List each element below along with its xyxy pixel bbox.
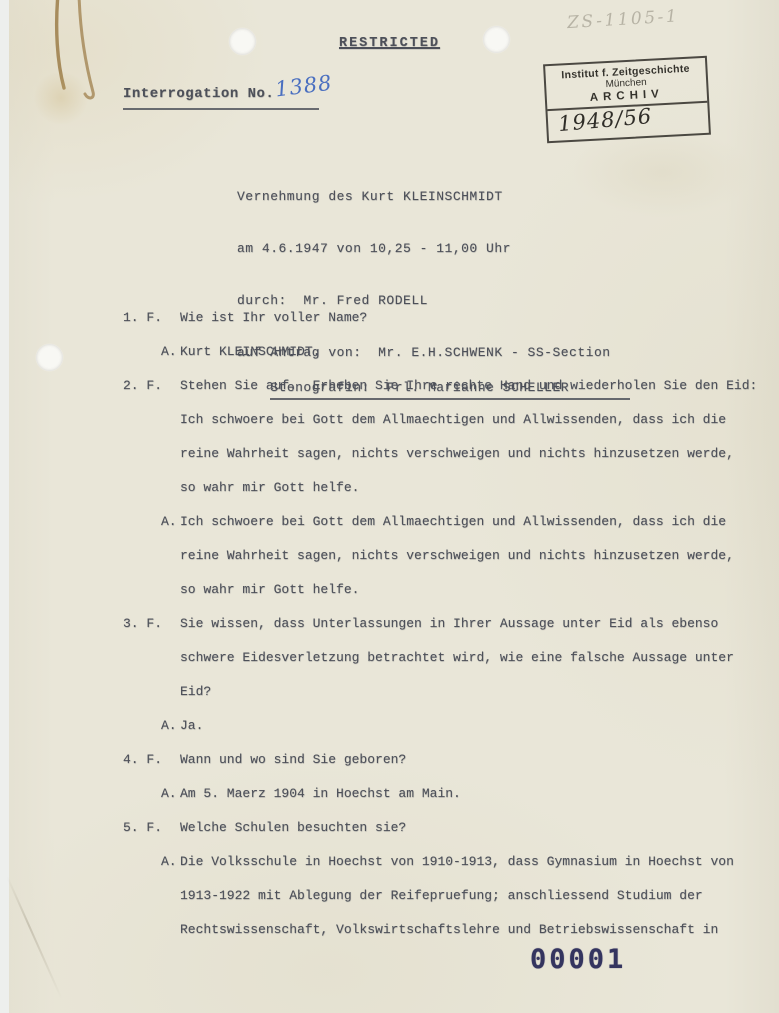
qa-text: Rechtswissenschaft, Volkswirtschaftslehr… xyxy=(180,913,775,947)
qa-text: Wann und wo sind Sie geboren? xyxy=(180,743,775,777)
qa-text: Die Volksschule in Hoechst von 1910-1913… xyxy=(180,845,775,879)
qa-text: schwere Eidesverletzung betrachtet wird,… xyxy=(180,641,775,675)
qa-label xyxy=(123,879,180,913)
qa-text: Eid? xyxy=(180,675,775,709)
interrogation-label: Interrogation No. xyxy=(123,86,274,102)
qa-line: 3. F.Sie wissen, dass Unterlassungen in … xyxy=(123,607,775,641)
qa-text: Stehen Sie auf. Erheben Sie Ihre rechte … xyxy=(180,369,775,403)
qa-label xyxy=(123,675,180,709)
qa-line: A.Kurt KLEINSCHMIDT. xyxy=(123,335,775,369)
header-line: am 4.6.1947 von 10,25 - 11,00 Uhr xyxy=(237,240,630,257)
qa-text: Welche Schulen besuchten sie? xyxy=(180,811,775,845)
qa-label xyxy=(123,437,180,471)
qa-text: Ich schwoere bei Gott dem Allmaechtigen … xyxy=(180,505,775,539)
qa-label: 5. F. xyxy=(123,811,180,845)
qa-line: A.Ich schwoere bei Gott dem Allmaechtige… xyxy=(123,505,775,539)
qa-label: A. xyxy=(123,777,180,811)
qa-label xyxy=(123,913,180,947)
qa-label: 2. F. xyxy=(123,369,180,403)
qa-label xyxy=(123,573,180,607)
paper-crease xyxy=(6,876,62,999)
qa-line: 5. F.Welche Schulen besuchten sie? xyxy=(123,811,775,845)
qa-line: 1. F.Wie ist Ihr voller Name? xyxy=(123,301,775,335)
handwritten-interrogation-number: 1388 xyxy=(274,71,334,102)
qa-text: reine Wahrheit sagen, nichts verschweige… xyxy=(180,539,775,573)
qa-text: Am 5. Maerz 1904 in Hoechst am Main. xyxy=(180,777,775,811)
qa-line: Rechtswissenschaft, Volkswirtschaftslehr… xyxy=(123,913,775,947)
qa-line: 2. F.Stehen Sie auf. Erheben Sie Ihre re… xyxy=(123,369,775,403)
qa-line: Eid? xyxy=(123,675,775,709)
qa-line: 4. F.Wann und wo sind Sie geboren? xyxy=(123,743,775,777)
qa-text: so wahr mir Gott helfe. xyxy=(180,573,775,607)
qa-text: reine Wahrheit sagen, nichts verschweige… xyxy=(180,437,775,471)
pencil-archive-code: ZS-1105-1 xyxy=(567,3,738,33)
qa-text: Wie ist Ihr voller Name? xyxy=(180,301,775,335)
page-number-stamp: 00001 xyxy=(530,944,626,975)
qa-label: 1. F. xyxy=(123,301,180,335)
qa-label: 3. F. xyxy=(123,607,180,641)
interrogation-number-line: Interrogation No. 1388 xyxy=(123,84,319,110)
qa-label: A. xyxy=(123,845,180,879)
scanner-edge xyxy=(0,0,9,1013)
hole-punch xyxy=(36,344,63,371)
qa-line: schwere Eidesverletzung betrachtet wird,… xyxy=(123,641,775,675)
qa-text: Kurt KLEINSCHMIDT. xyxy=(180,335,775,369)
qa-label xyxy=(123,641,180,675)
qa-line: reine Wahrheit sagen, nichts verschweige… xyxy=(123,539,775,573)
qa-label: A. xyxy=(123,335,180,369)
qa-label xyxy=(123,403,180,437)
qa-line: A.Ja. xyxy=(123,709,775,743)
qa-line: 1913-1922 mit Ablegung der Reifepruefung… xyxy=(123,879,775,913)
scanned-document-page: ZS-1105-1 RESTRICTED Interrogation No. 1… xyxy=(0,0,779,1013)
qa-label xyxy=(123,539,180,573)
archive-stamp: Institut f. Zeitgeschichte München ARCHI… xyxy=(543,56,711,143)
qa-line: reine Wahrheit sagen, nichts verschweige… xyxy=(123,437,775,471)
qa-line: A.Die Volksschule in Hoechst von 1910-19… xyxy=(123,845,775,879)
qa-label: A. xyxy=(123,505,180,539)
qa-text: 1913-1922 mit Ablegung der Reifepruefung… xyxy=(180,879,775,913)
archive-accession-number: 1948/56 xyxy=(547,104,653,137)
qa-text: Ja. xyxy=(180,709,775,743)
qa-line: so wahr mir Gott helfe. xyxy=(123,471,775,505)
question-answer-transcript: 1. F.Wie ist Ihr voller Name? A.Kurt KLE… xyxy=(123,301,775,947)
qa-text: so wahr mir Gott helfe. xyxy=(180,471,775,505)
qa-line: Ich schwoere bei Gott dem Allmaechtigen … xyxy=(123,403,775,437)
paper-stain xyxy=(32,72,90,124)
qa-line: A.Am 5. Maerz 1904 in Hoechst am Main. xyxy=(123,777,775,811)
qa-label: 4. F. xyxy=(123,743,180,777)
qa-text: Sie wissen, dass Unterlassungen in Ihrer… xyxy=(180,607,775,641)
qa-label xyxy=(123,471,180,505)
qa-label: A. xyxy=(123,709,180,743)
qa-line: so wahr mir Gott helfe. xyxy=(123,573,775,607)
classification-marking: RESTRICTED xyxy=(0,36,779,51)
header-line: Vernehmung des Kurt KLEINSCHMIDT xyxy=(237,188,630,205)
qa-text: Ich schwoere bei Gott dem Allmaechtigen … xyxy=(180,403,775,437)
